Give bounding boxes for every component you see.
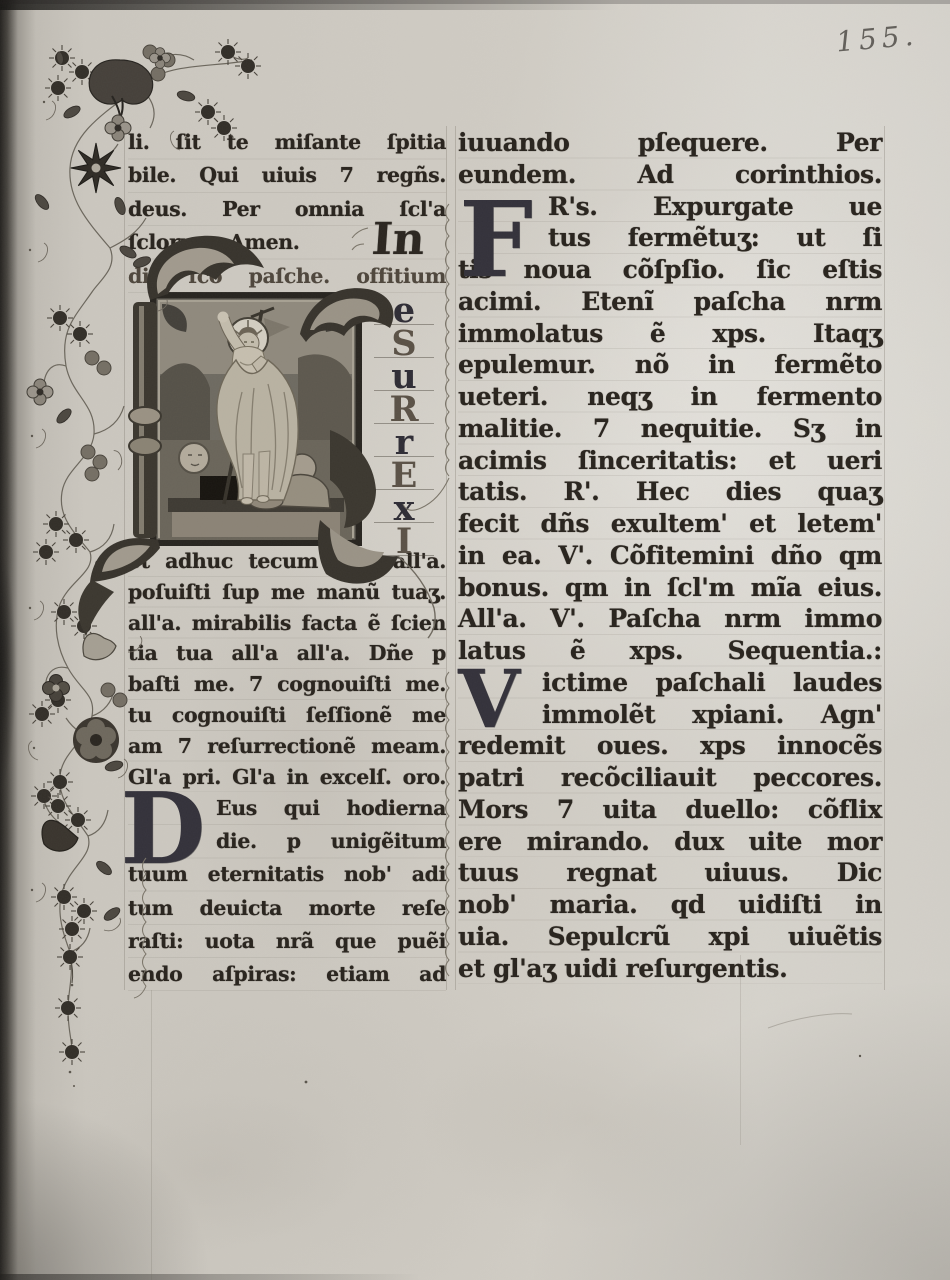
trumpet-flower	[89, 60, 152, 104]
text-line: All'a. V'. Paſcha nrm immo	[458, 603, 882, 635]
text-line: poſuiſti ſup me manũ tuaʒ.	[128, 577, 446, 608]
text-line: all'a. mirabilis facta ẽ ſcien	[128, 608, 446, 639]
text-line: tu cognouiſti ſeſſionẽ me	[128, 700, 446, 731]
parchment-stain	[420, 1010, 760, 1230]
text-line: epulemur. nõ in fermẽto	[458, 349, 882, 381]
text-line: tum deuicta morte reſe	[128, 892, 446, 925]
text-line: ueteri. neqʒ in fermento	[458, 381, 882, 413]
left-text-column-middle: et adhuc tecum ſum all'a.poſuiſti ſup me…	[128, 546, 446, 792]
miniature-scene	[150, 292, 362, 546]
text-line: in ea. V'. Cõfitemini dño qm	[458, 540, 882, 572]
text-line: uia. Sepulcrũ xpi uiuẽtis	[458, 921, 882, 953]
text-line: am 7 reſurrectionẽ meam.	[128, 731, 446, 762]
text-line: raſti: uota nrã que puẽi	[128, 925, 446, 958]
text-line: fecit dñs exultem' et letem'	[458, 508, 882, 540]
text-line: nob' maria. qd uidiſti in	[458, 889, 882, 921]
initial-letter-f: F	[447, 190, 545, 298]
text-line: li. ſit te miſante ſpitia	[128, 126, 446, 159]
parchment-stain	[60, 1090, 360, 1250]
display-word-in: In	[370, 214, 426, 265]
rocks-right	[298, 354, 352, 442]
text-line: iuuando pſequere. Per	[458, 127, 882, 159]
vertical-letter: I	[370, 525, 438, 558]
text-line: immolatus ẽ xps. Itaqʒ	[458, 318, 882, 350]
star-flower	[71, 143, 121, 193]
text-line: bonus. qm in ſcl'm mĩa eius.	[458, 572, 882, 604]
page-top-edge	[0, 0, 950, 4]
left-text-column-top: li. ſit te miſante ſpitiabile. Qui uiuis…	[128, 126, 446, 293]
bell-flower	[42, 820, 78, 851]
text-line: bile. Qui uiuis 7 regñs.	[128, 159, 446, 192]
text-line: ere mirando. dux uite mor	[458, 826, 882, 858]
tomb-front	[172, 512, 340, 537]
text-line: malitie. 7 nequitie. Sʒ in	[458, 413, 882, 445]
text-line: tia tua all'a all'a. Dñe p	[128, 638, 446, 669]
page-bottom-edge	[0, 1274, 420, 1280]
resurrection-miniature	[150, 292, 362, 546]
ruling-line	[884, 126, 885, 990]
rose-flower	[73, 717, 119, 763]
text-line: acimis ſinceritatis: et ueri	[458, 445, 882, 477]
folio-number: 155.	[835, 18, 920, 58]
manuscript-page: 155.	[0, 0, 950, 1280]
initial-letter-d: D	[116, 784, 210, 880]
text-line: tuus regnat uiuus. Dic	[458, 857, 882, 889]
text-line: tatis. R'. Hec dies quaʒ	[458, 476, 882, 508]
text-line: Mors 7 uita duello: cõflix	[458, 794, 882, 826]
text-line: et gl'aʒ uidi reſurgentis.	[458, 953, 882, 985]
text-line: baſti me. 7 cognouiſti me.	[128, 669, 446, 700]
vertical-initial-letters: eSuRrExI	[370, 294, 438, 558]
initial-letter-v: V	[447, 660, 531, 742]
binding-edge-smudge	[0, 540, 26, 800]
roundel-face	[179, 443, 209, 473]
text-line: endo aſpiras: etiam ad	[128, 958, 446, 991]
curled-leaf	[83, 633, 116, 659]
text-line: patri recõciliauit peccores.	[458, 762, 882, 794]
ruling-line	[151, 990, 152, 1280]
